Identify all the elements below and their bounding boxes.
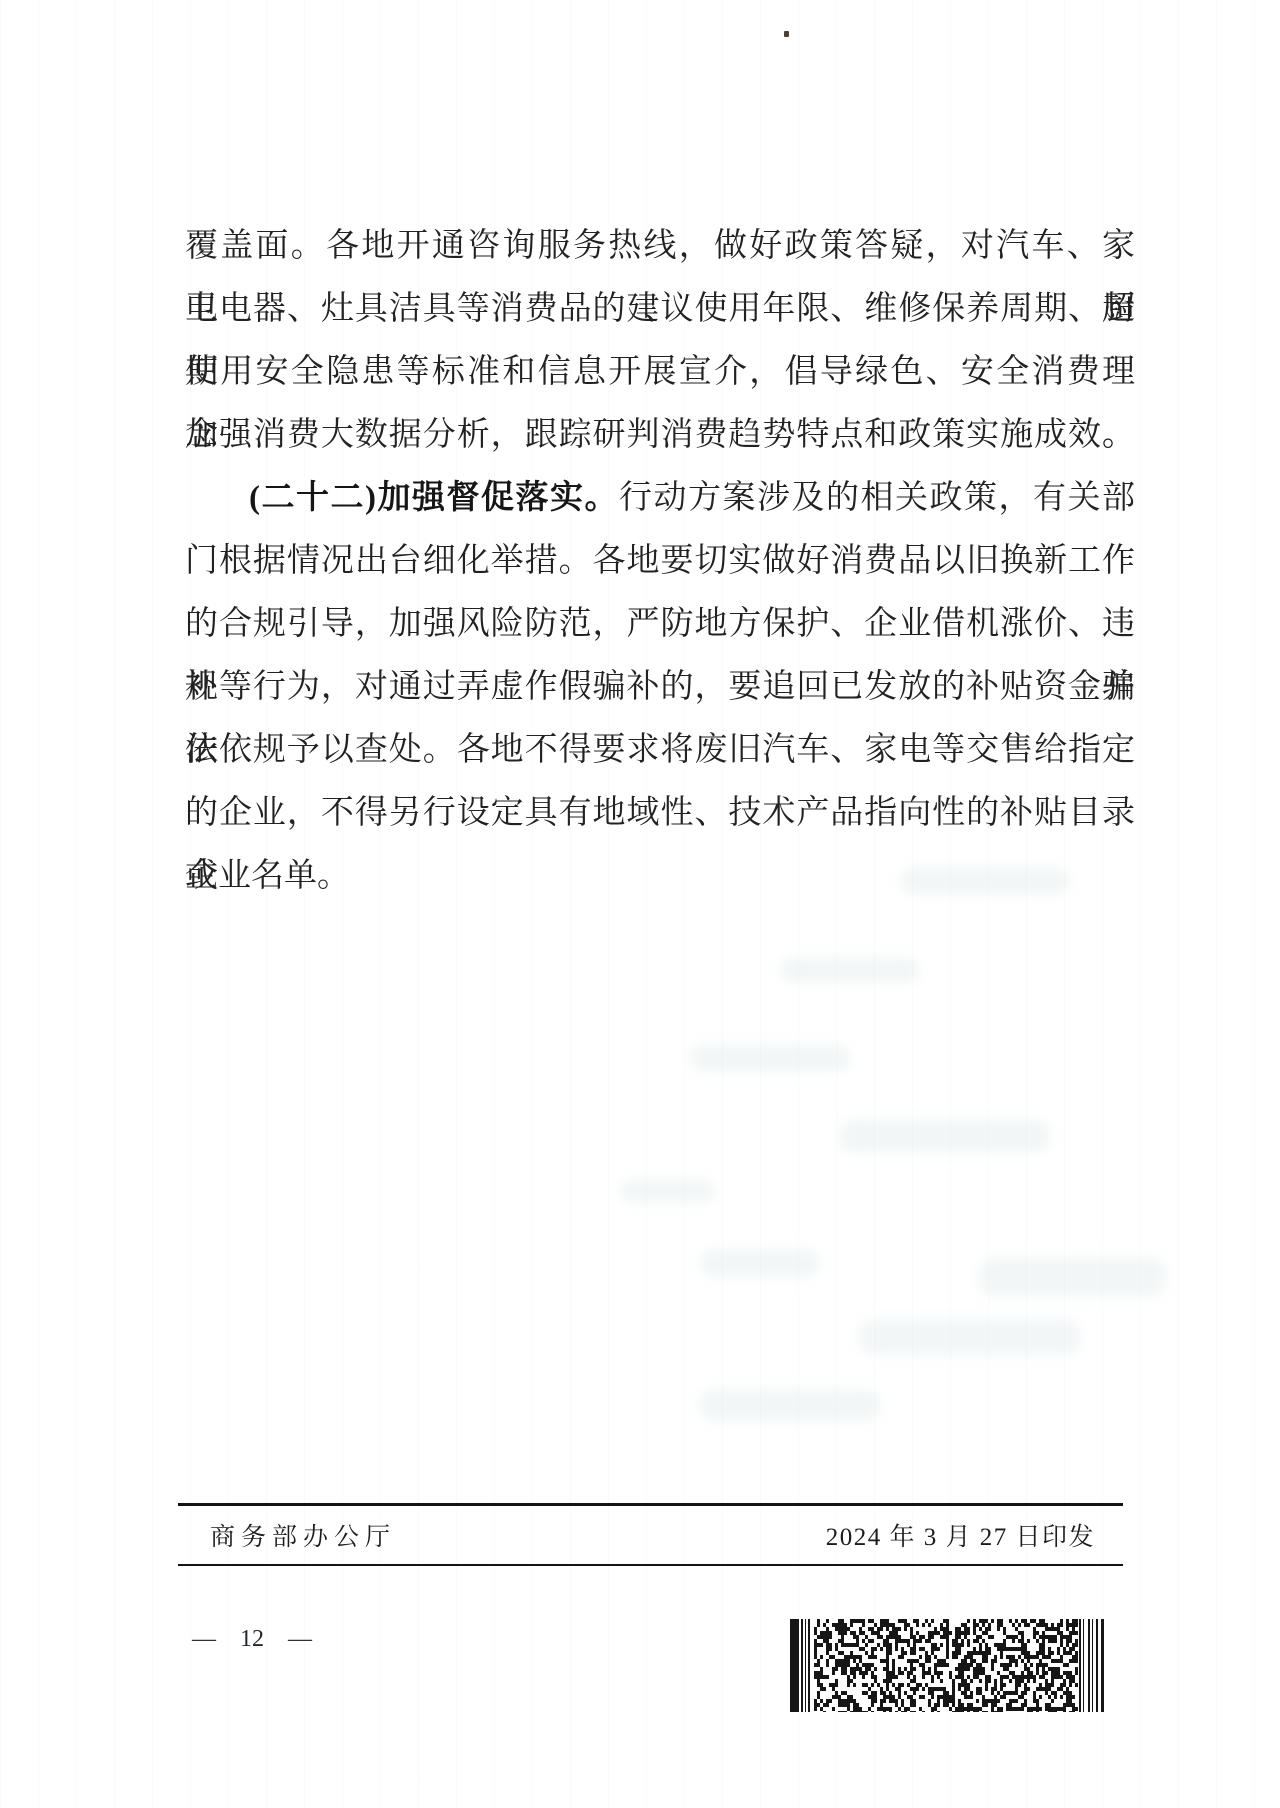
colophon-row: 商务部办公厅 2024 年 3 月 27 日印发 [178, 1506, 1123, 1564]
text-line: 覆盖面。各地开通咨询服务热线，做好政策答疑，对汽车、家电、厨 [185, 215, 1135, 278]
text-line: 加强消费大数据分析，跟踪研判消费趋势特点和政策实施成效。 [185, 404, 1135, 467]
text-line: 补等行为，对通过弄虚作假骗补的，要追回已发放的补贴资金并依 [185, 656, 1135, 719]
page-number: — 12 — [192, 1624, 312, 1654]
bleed-through-mark [860, 1320, 1080, 1354]
text-line: 企业名单。 [185, 845, 1135, 908]
issuing-office: 商务部办公厅 [210, 1517, 396, 1553]
document-body: 覆盖面。各地开通咨询服务热线，做好政策答疑，对汽车、家电、厨卫电器、灶具洁具等消… [185, 215, 1135, 908]
bleed-through-mark [780, 958, 920, 982]
barcode-image [790, 1619, 1104, 1712]
bleed-through-mark [980, 1258, 1165, 1296]
text-line: (二十二)加强督促落实。行动方案涉及的相关政策，有关部 [185, 467, 1135, 530]
bleed-through-mark [700, 1250, 820, 1276]
text-line: 门根据情况出台细化举措。各地要切实做好消费品以旧换新工作 [185, 530, 1135, 593]
text-line: 的企业，不得另行设定具有地域性、技术产品指向性的补贴目录或 [185, 782, 1135, 845]
page-number-dash-left: — [192, 1626, 216, 1653]
text-line: 法依规予以查处。各地不得要求将废旧汽车、家电等交售给指定 [185, 719, 1135, 782]
text-line: 的合规引导，加强风险防范，严防地方保护、企业借机涨价、违规骗 [185, 593, 1135, 656]
bleed-through-mark [620, 1180, 715, 1202]
scan-speck [784, 31, 789, 37]
bleed-through-mark [840, 1120, 1050, 1152]
colophon-bottom-rule [178, 1564, 1123, 1566]
section-heading: (二十二)加强督促落实。 [249, 480, 619, 516]
text-line: 卫电器、灶具洁具等消费品的建议使用年限、维修保养周期、超期 [185, 278, 1135, 341]
page-number-value: 12 [240, 1626, 264, 1653]
bleed-through-mark [690, 1045, 850, 1071]
text-line: 使用安全隐患等标准和信息开展宣介，倡导绿色、安全消费理念。 [185, 341, 1135, 404]
bleed-through-mark [700, 1390, 880, 1420]
page-number-dash-right: — [288, 1626, 312, 1653]
print-date: 2024 年 3 月 27 日印发 [826, 1517, 1095, 1553]
